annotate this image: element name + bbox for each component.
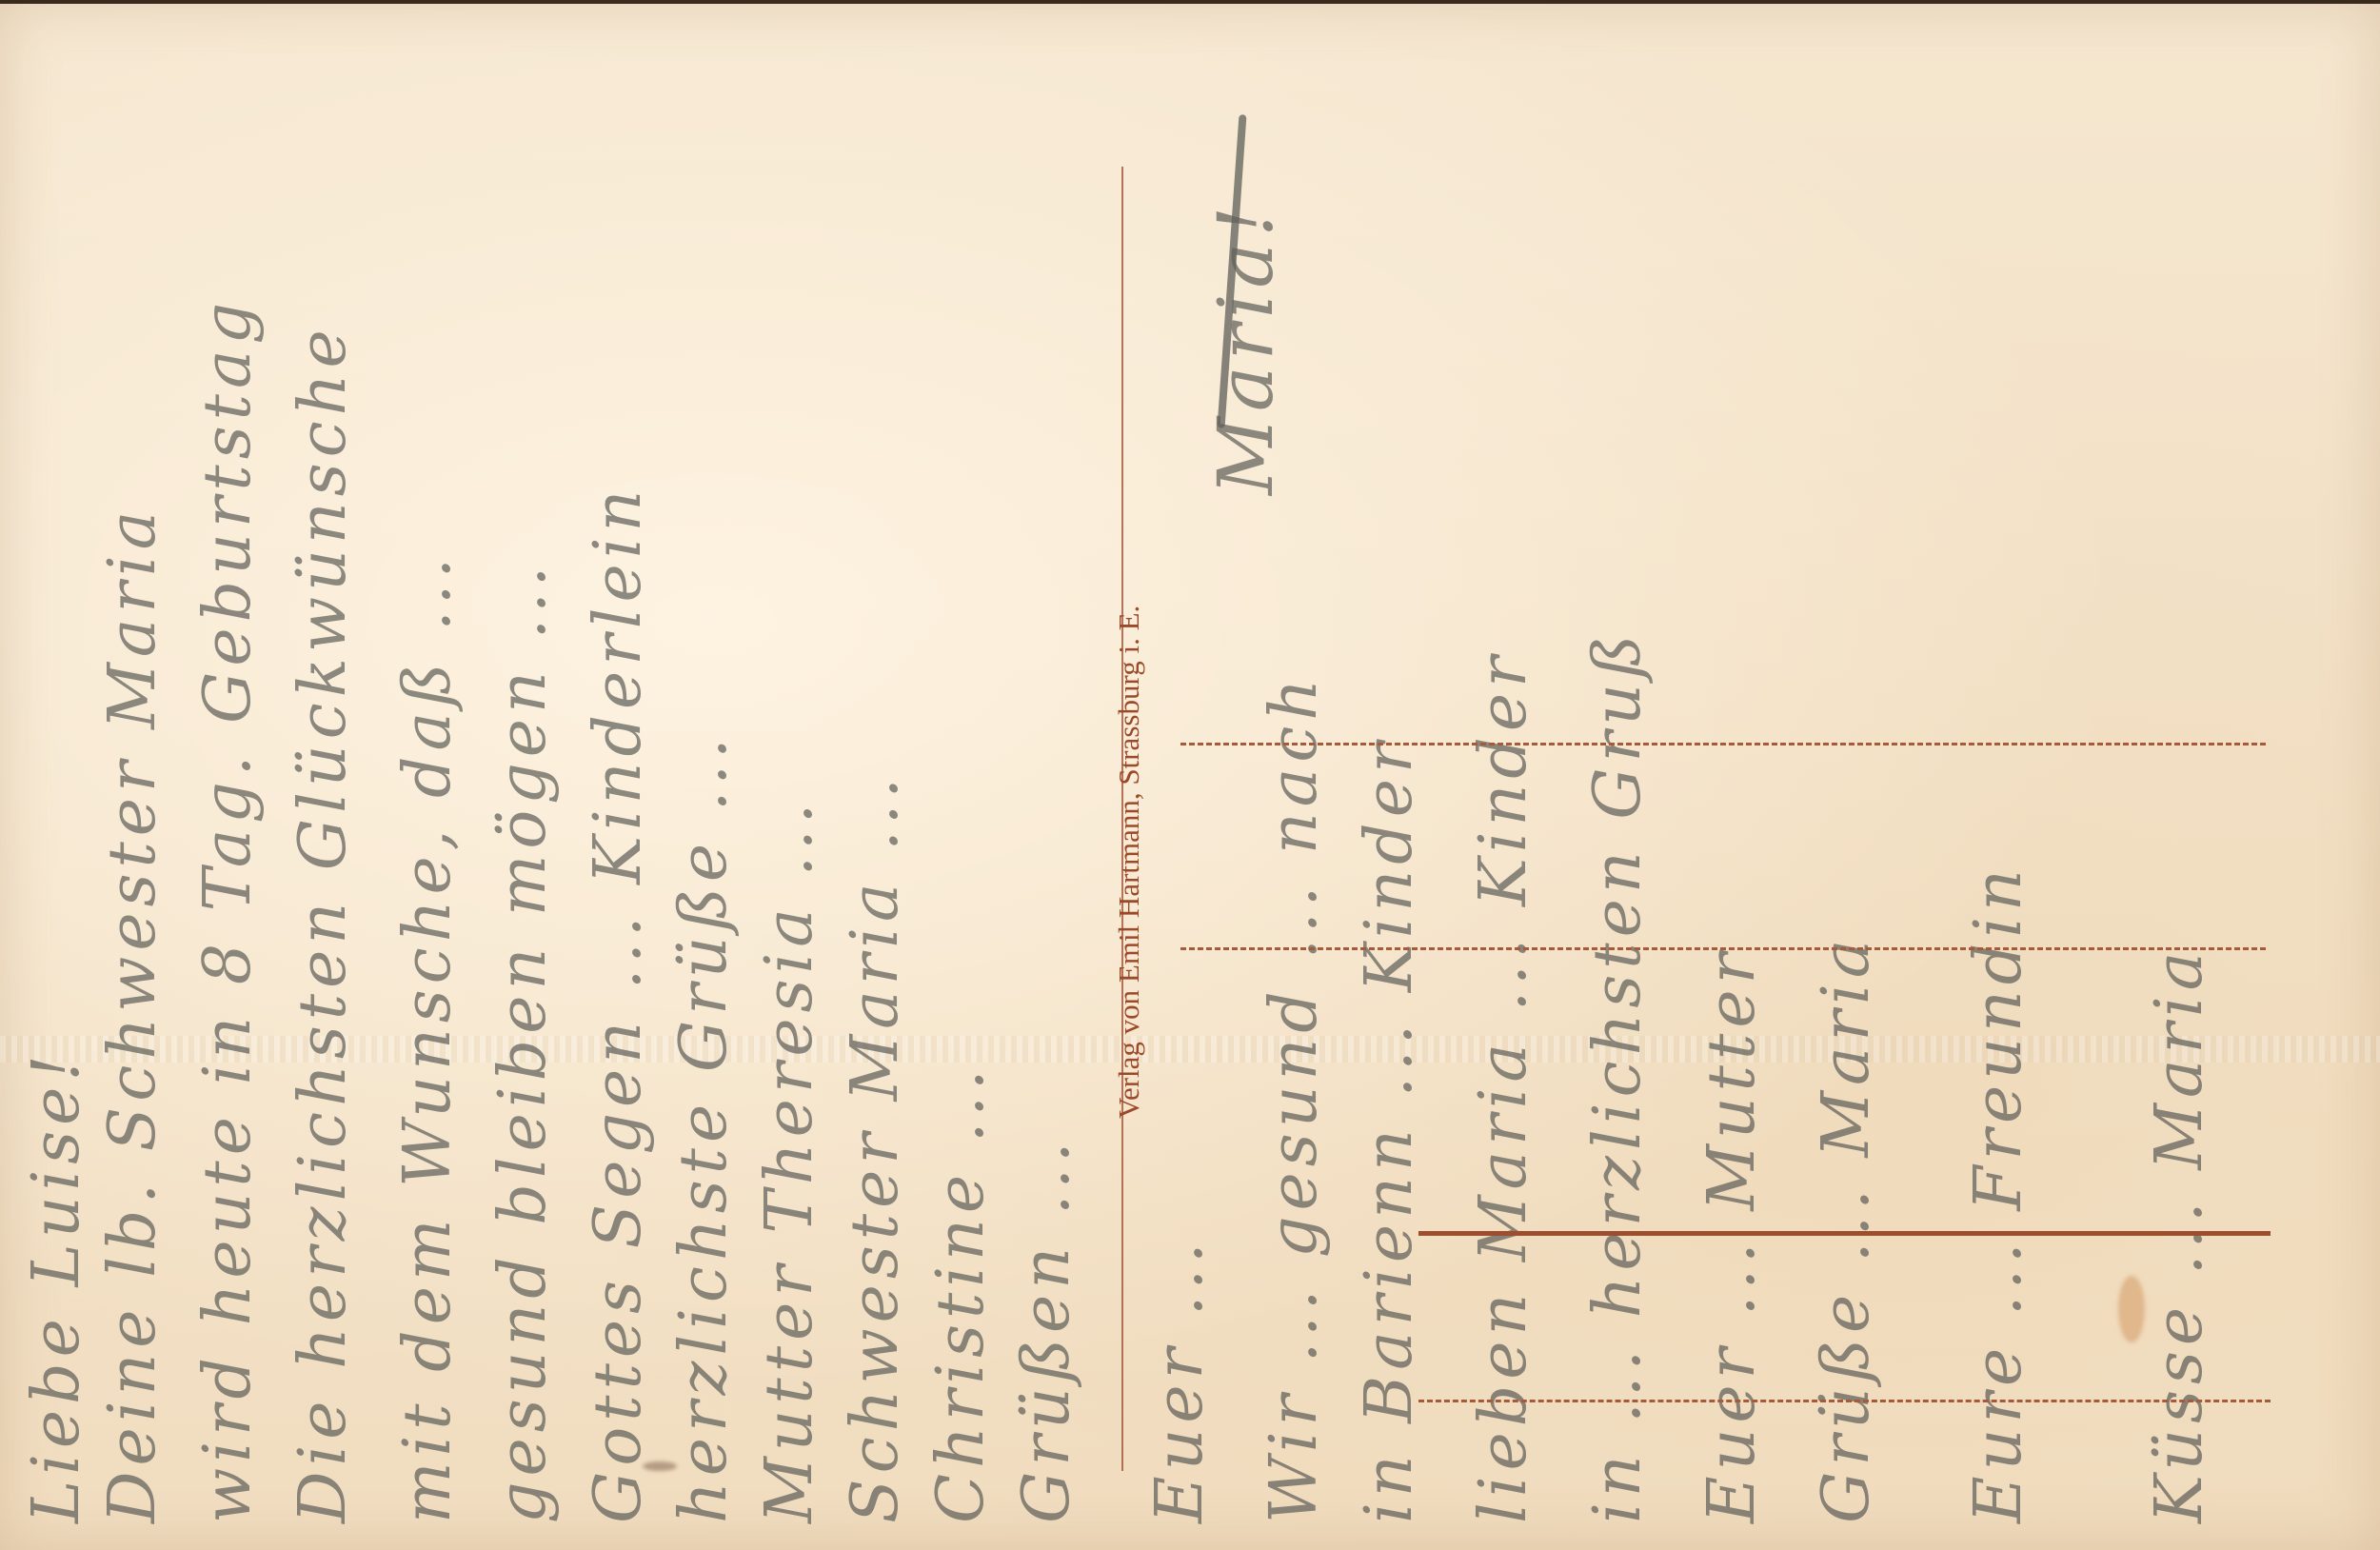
handwriting-signature-maria: Maria! (1201, 201, 1290, 495)
handwriting-column: Wir ... gesund ... nach (1257, 673, 1332, 1523)
handwriting-column: wird heute in 8 Tag. Geburtstag (190, 297, 266, 1523)
handwriting-column: Deine lb. Schwester Maria (95, 506, 170, 1523)
handwriting-column: Eure ... Freundin (1961, 864, 2036, 1523)
address-line-2 (1180, 947, 2266, 950)
paper-stain (2118, 1276, 2145, 1342)
address-line-1 (1180, 743, 2266, 745)
handwriting-column: lieben Maria ... Kinder (1466, 650, 1541, 1523)
handwriting-column: in Barienn ... Kinder (1352, 737, 1427, 1523)
address-line-4 (1418, 1400, 2271, 1402)
handwriting-column: Liebe Luise! (19, 1049, 94, 1523)
handwriting-column: Christine ... (923, 1063, 999, 1523)
handwriting-column: gesund bleiben mögen ... (486, 561, 561, 1523)
handwriting-column: in ... herzlichsten Gruß (1580, 629, 1656, 1523)
handwriting-column: Mutter Theresia ... (752, 798, 827, 1523)
handwriting-column: Grüßen ... (1009, 1136, 1084, 1523)
handwriting-column: herzlichste Grüße ... (666, 732, 742, 1523)
handwriting-column: Gottes Segen ... Kinderlein (581, 485, 656, 1523)
paper-stain (643, 1461, 677, 1471)
publisher-imprint: Verlag von Emil Hartmann, Strassburg i. … (1112, 606, 1146, 1119)
handwriting-column: Euer ... (1142, 1237, 1218, 1523)
handwriting-column: mit dem Wunsche, daß ... (390, 552, 466, 1523)
address-line-3 (1418, 1231, 2271, 1236)
handwriting-column: Die herzlichsten Glückwünsche (286, 324, 361, 1523)
handwriting-column: Grüße ... Maria (1809, 934, 1884, 1523)
postcard-back: Liebe Luise! Deine lb. Schwester Maria w… (0, 0, 2380, 1550)
card-top-edge (0, 0, 2380, 4)
handwriting-column: Schwester Maria ... (838, 772, 913, 1523)
